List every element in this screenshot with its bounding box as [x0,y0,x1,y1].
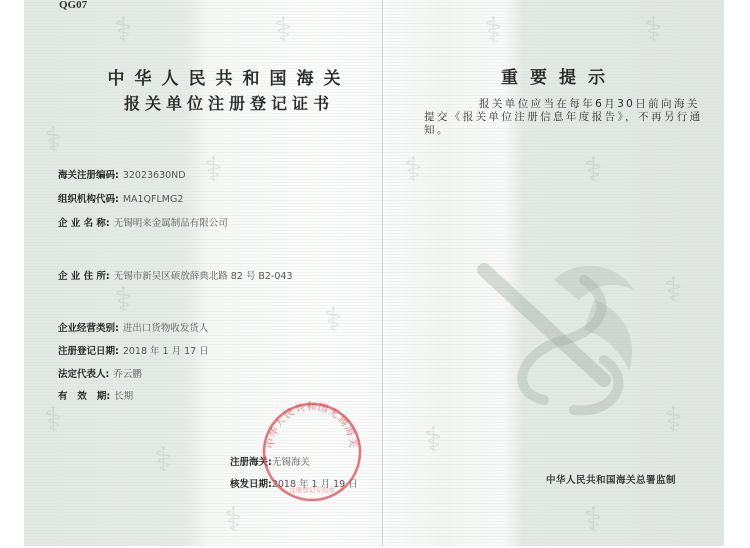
caduceus-motif-icon: ⚕ [664,400,682,440]
caduceus-motif-icon: ⚕ [644,10,662,50]
notice-title: 重要提示 [434,63,684,88]
seal-text: 中华人民共和国无锡海关 [264,400,360,449]
field-value: MA1QFLMG2 [123,194,184,205]
issuing-authority-footer: 中华人民共和国海关总署监制 [546,472,676,486]
caduceus-motif-icon: ⚕ [484,10,502,50]
field-label: 法定代表人: [58,366,109,380]
caduceus-motif-icon: ⚕ [114,280,132,320]
field-value: 无锡市新吴区硕放薛典北路 82 号 B2-043 [114,271,293,282]
caduceus-motif-icon: ⚕ [664,270,682,310]
field-value: 进出口货物收发货人 [123,323,209,334]
field-label: 组织机构代码: [58,191,119,205]
field-value: 无锡明来金属制品有限公司 [114,218,228,229]
field-value: 2018 年 1 月 17 日 [123,346,209,357]
certificate-document: ⚕ ⚕ ⚕ ⚕ ⚕ ⚕ ⚕ ⚕ ⚕ ⚕ ⚕ ⚕ ⚕ ⚕ ⚕ ⚕ ⚕ QG07 中… [24,0,724,546]
field-validity: 有 效 期:长期 [58,388,133,402]
field-business-type: 企业经营类别:进出口货物收发货人 [58,320,208,334]
field-label: 企业经营类别: [58,320,119,334]
caduceus-motif-icon: ⚕ [584,150,602,190]
caduceus-motif-icon: ⚕ [44,400,62,440]
svg-text:中华人民共和国无锡海关: 中华人民共和国无锡海关 [264,400,360,449]
caduceus-motif-icon: ⚕ [114,10,132,50]
caduceus-motif-icon: ⚕ [404,150,422,190]
caduceus-motif-icon: ⚕ [154,440,172,480]
field-label: 企 业 住 所: [58,268,110,282]
official-seal: 中华人民共和国无锡海关 注册登记专用章 [260,400,364,504]
certificate-title-line1: 中华人民共和国海关 [84,64,374,89]
seal-bottom-text: 注册登记专用章 [289,485,335,494]
caduceus-motif-icon: ⚕ [274,10,292,50]
caduceus-motif-icon: ⚕ [204,150,222,190]
field-company-address: 企 业 住 所:无锡市新吴区硕放薛典北路 82 号 B2-043 [58,268,293,282]
field-value: 长期 [114,391,133,402]
caduceus-motif-icon: ⚕ [424,420,442,460]
field-registration-date: 注册登记日期:2018 年 1 月 17 日 [58,343,209,357]
page-fold [382,0,383,546]
caduceus-motif-icon: ⚕ [44,120,62,160]
field-value: 乔云鹏 [113,369,142,380]
customs-emblem-icon [464,240,664,440]
caduceus-motif-icon: ⚕ [324,300,342,340]
certificate-title-line2: 报关单位注册登记证书 [84,91,374,114]
caduceus-motif-icon: ⚕ [584,500,602,540]
field-label: 有 效 期: [58,388,110,402]
field-label: 企 业 名 称: [58,215,110,229]
notice-body: 报关单位应当在每年6月30日前向海关提交《报关单位注册信息年度报告》，不再另行通… [424,98,704,137]
form-code: QG07 [59,0,87,11]
field-value: 32023630ND [123,170,186,181]
field-customs-code: 海关注册编码:32023630ND [58,167,186,181]
field-org-code: 组织机构代码:MA1QFLMG2 [58,191,183,205]
field-company-name: 企 业 名 称:无锡明来金属制品有限公司 [58,215,228,229]
field-label: 注册登记日期: [58,343,119,357]
field-legal-representative: 法定代表人:乔云鹏 [58,366,142,380]
field-label: 海关注册编码: [58,167,119,181]
caduceus-motif-icon: ⚕ [224,500,242,540]
